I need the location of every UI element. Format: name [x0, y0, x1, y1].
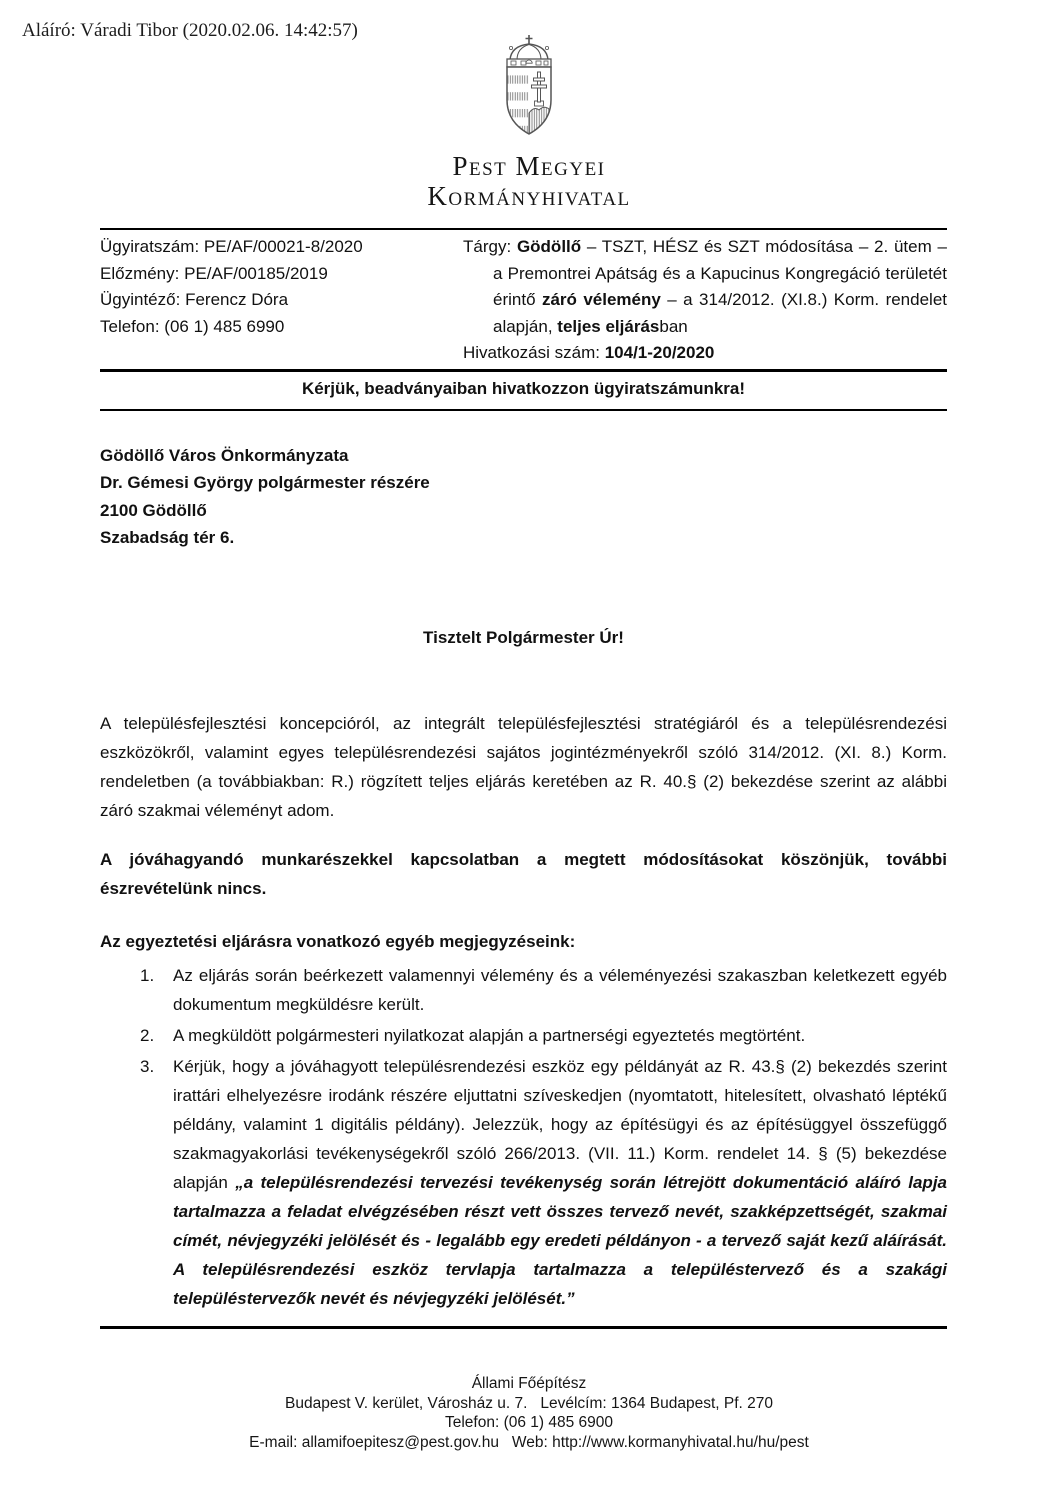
field-case-number: Ügyiratszám: PE/AF/00021-8/2020 — [100, 234, 463, 261]
subject-label: Tárgy: — [463, 237, 511, 256]
org-name-line1: Pest Megyei — [0, 151, 1058, 181]
salutation: Tisztelt Polgármester Úr! — [100, 624, 947, 651]
subject-line: Tárgy: Gödöllő – TSZT, HÉSZ és SZT módos… — [493, 234, 947, 340]
recipient-postcode-city: 2100 Gödöllő — [100, 497, 947, 525]
footer-address: Budapest V. kerület, Városház u. 7. Levé… — [0, 1394, 1058, 1414]
header-right-column: Tárgy: Gödöllő – TSZT, HÉSZ és SZT módos… — [463, 234, 947, 367]
footer-phone: Telefon: (06 1) 485 6900 — [0, 1413, 1058, 1433]
field-label: Előzmény: — [100, 264, 179, 283]
field-administrator: Ügyintéző: Ferencz Dóra — [100, 287, 463, 314]
recipient-block: Gödöllő Város Önkormányzata Dr. Gémesi G… — [100, 442, 947, 552]
subject-suffix: ban — [659, 317, 687, 336]
list-item-text: Kérjük, hogy a jóváhagyott településrend… — [173, 1052, 947, 1313]
letter-body: Ügyiratszám: PE/AF/00021-8/2020 Előzmény… — [100, 228, 947, 1313]
reference-label: Hivatkozási szám: — [463, 343, 600, 362]
subject-full-procedure: teljes eljárás — [557, 317, 659, 336]
recipient-street: Szabadság tér 6. — [100, 524, 947, 552]
recipient-person: Dr. Gémesi György polgármester részére — [100, 469, 947, 497]
list-item-text: A megküldött polgármesteri nyilatkozat a… — [173, 1021, 947, 1050]
footer-office-name: Állami Főépítész — [0, 1374, 1058, 1394]
list-item-text: Az eljárás során beérkezett valamennyi v… — [173, 961, 947, 1019]
list-item: 2. A megküldött polgármesteri nyilatkoza… — [100, 1021, 947, 1050]
letterhead: Pest Megyei Kormányhivatal — [0, 34, 1058, 211]
hungarian-coat-of-arms-icon — [490, 34, 568, 146]
recipient-organization: Gödöllő Város Önkormányzata — [100, 442, 947, 470]
footer-block: Állami Főépítész Budapest V. kerület, Vá… — [0, 1374, 1058, 1452]
field-label: Telefon: — [100, 317, 160, 336]
field-label: Ügyintéző: — [100, 290, 180, 309]
subject-closing-opinion: záró vélemény — [542, 290, 661, 309]
field-precedent: Előzmény: PE/AF/00185/2019 — [100, 261, 463, 288]
list-item-number: 1. — [140, 961, 173, 1019]
paragraph-approval: A jóváhagyandó munkarészekkel kapcsolatb… — [100, 845, 947, 903]
field-value: Ferencz Dóra — [185, 290, 288, 309]
subject-town: Gödöllő — [517, 237, 581, 256]
list-item-text-regular: Kérjük, hogy a jóváhagyott településrend… — [173, 1057, 947, 1192]
field-phone: Telefon: (06 1) 485 6990 — [100, 314, 463, 341]
org-name-line2: Kormányhivatal — [0, 181, 1058, 211]
field-value: PE/AF/00021-8/2020 — [204, 237, 363, 256]
footer-divider — [100, 1326, 947, 1329]
remarks-list: 1. Az eljárás során beérkezett valamenny… — [100, 961, 947, 1313]
remarks-heading: Az egyeztetési eljárásra vonatkozó egyéb… — [100, 927, 947, 956]
reference-value: 104/1-20/2020 — [605, 343, 715, 362]
header-left-column: Ügyiratszám: PE/AF/00021-8/2020 Előzmény… — [100, 234, 463, 367]
field-label: Ügyiratszám: — [100, 237, 199, 256]
field-value: PE/AF/00185/2019 — [184, 264, 328, 283]
footer-email-web: E-mail: allamifoepitesz@pest.gov.hu Web:… — [0, 1433, 1058, 1453]
list-item: 1. Az eljárás során beérkezett valamenny… — [100, 961, 947, 1019]
list-item-quote: „a településrendezési tervezési tevékeny… — [173, 1173, 947, 1308]
reference-notice: Kérjük, beadványaiban hivatkozzon ügyira… — [100, 372, 947, 411]
paragraph-legal-basis: A településfejlesztési koncepcióról, az … — [100, 709, 947, 825]
field-value: (06 1) 485 6990 — [164, 317, 284, 336]
header-block: Ügyiratszám: PE/AF/00021-8/2020 Előzmény… — [100, 228, 947, 372]
list-item: 3. Kérjük, hogy a jóváhagyott településr… — [100, 1052, 947, 1313]
list-item-number: 3. — [140, 1052, 173, 1313]
document-page: Aláíró: Váradi Tibor (2020.02.06. 14:42:… — [0, 0, 1058, 1497]
reference-number-line: Hivatkozási szám: 104/1-20/2020 — [463, 340, 947, 367]
list-item-number: 2. — [140, 1021, 173, 1050]
